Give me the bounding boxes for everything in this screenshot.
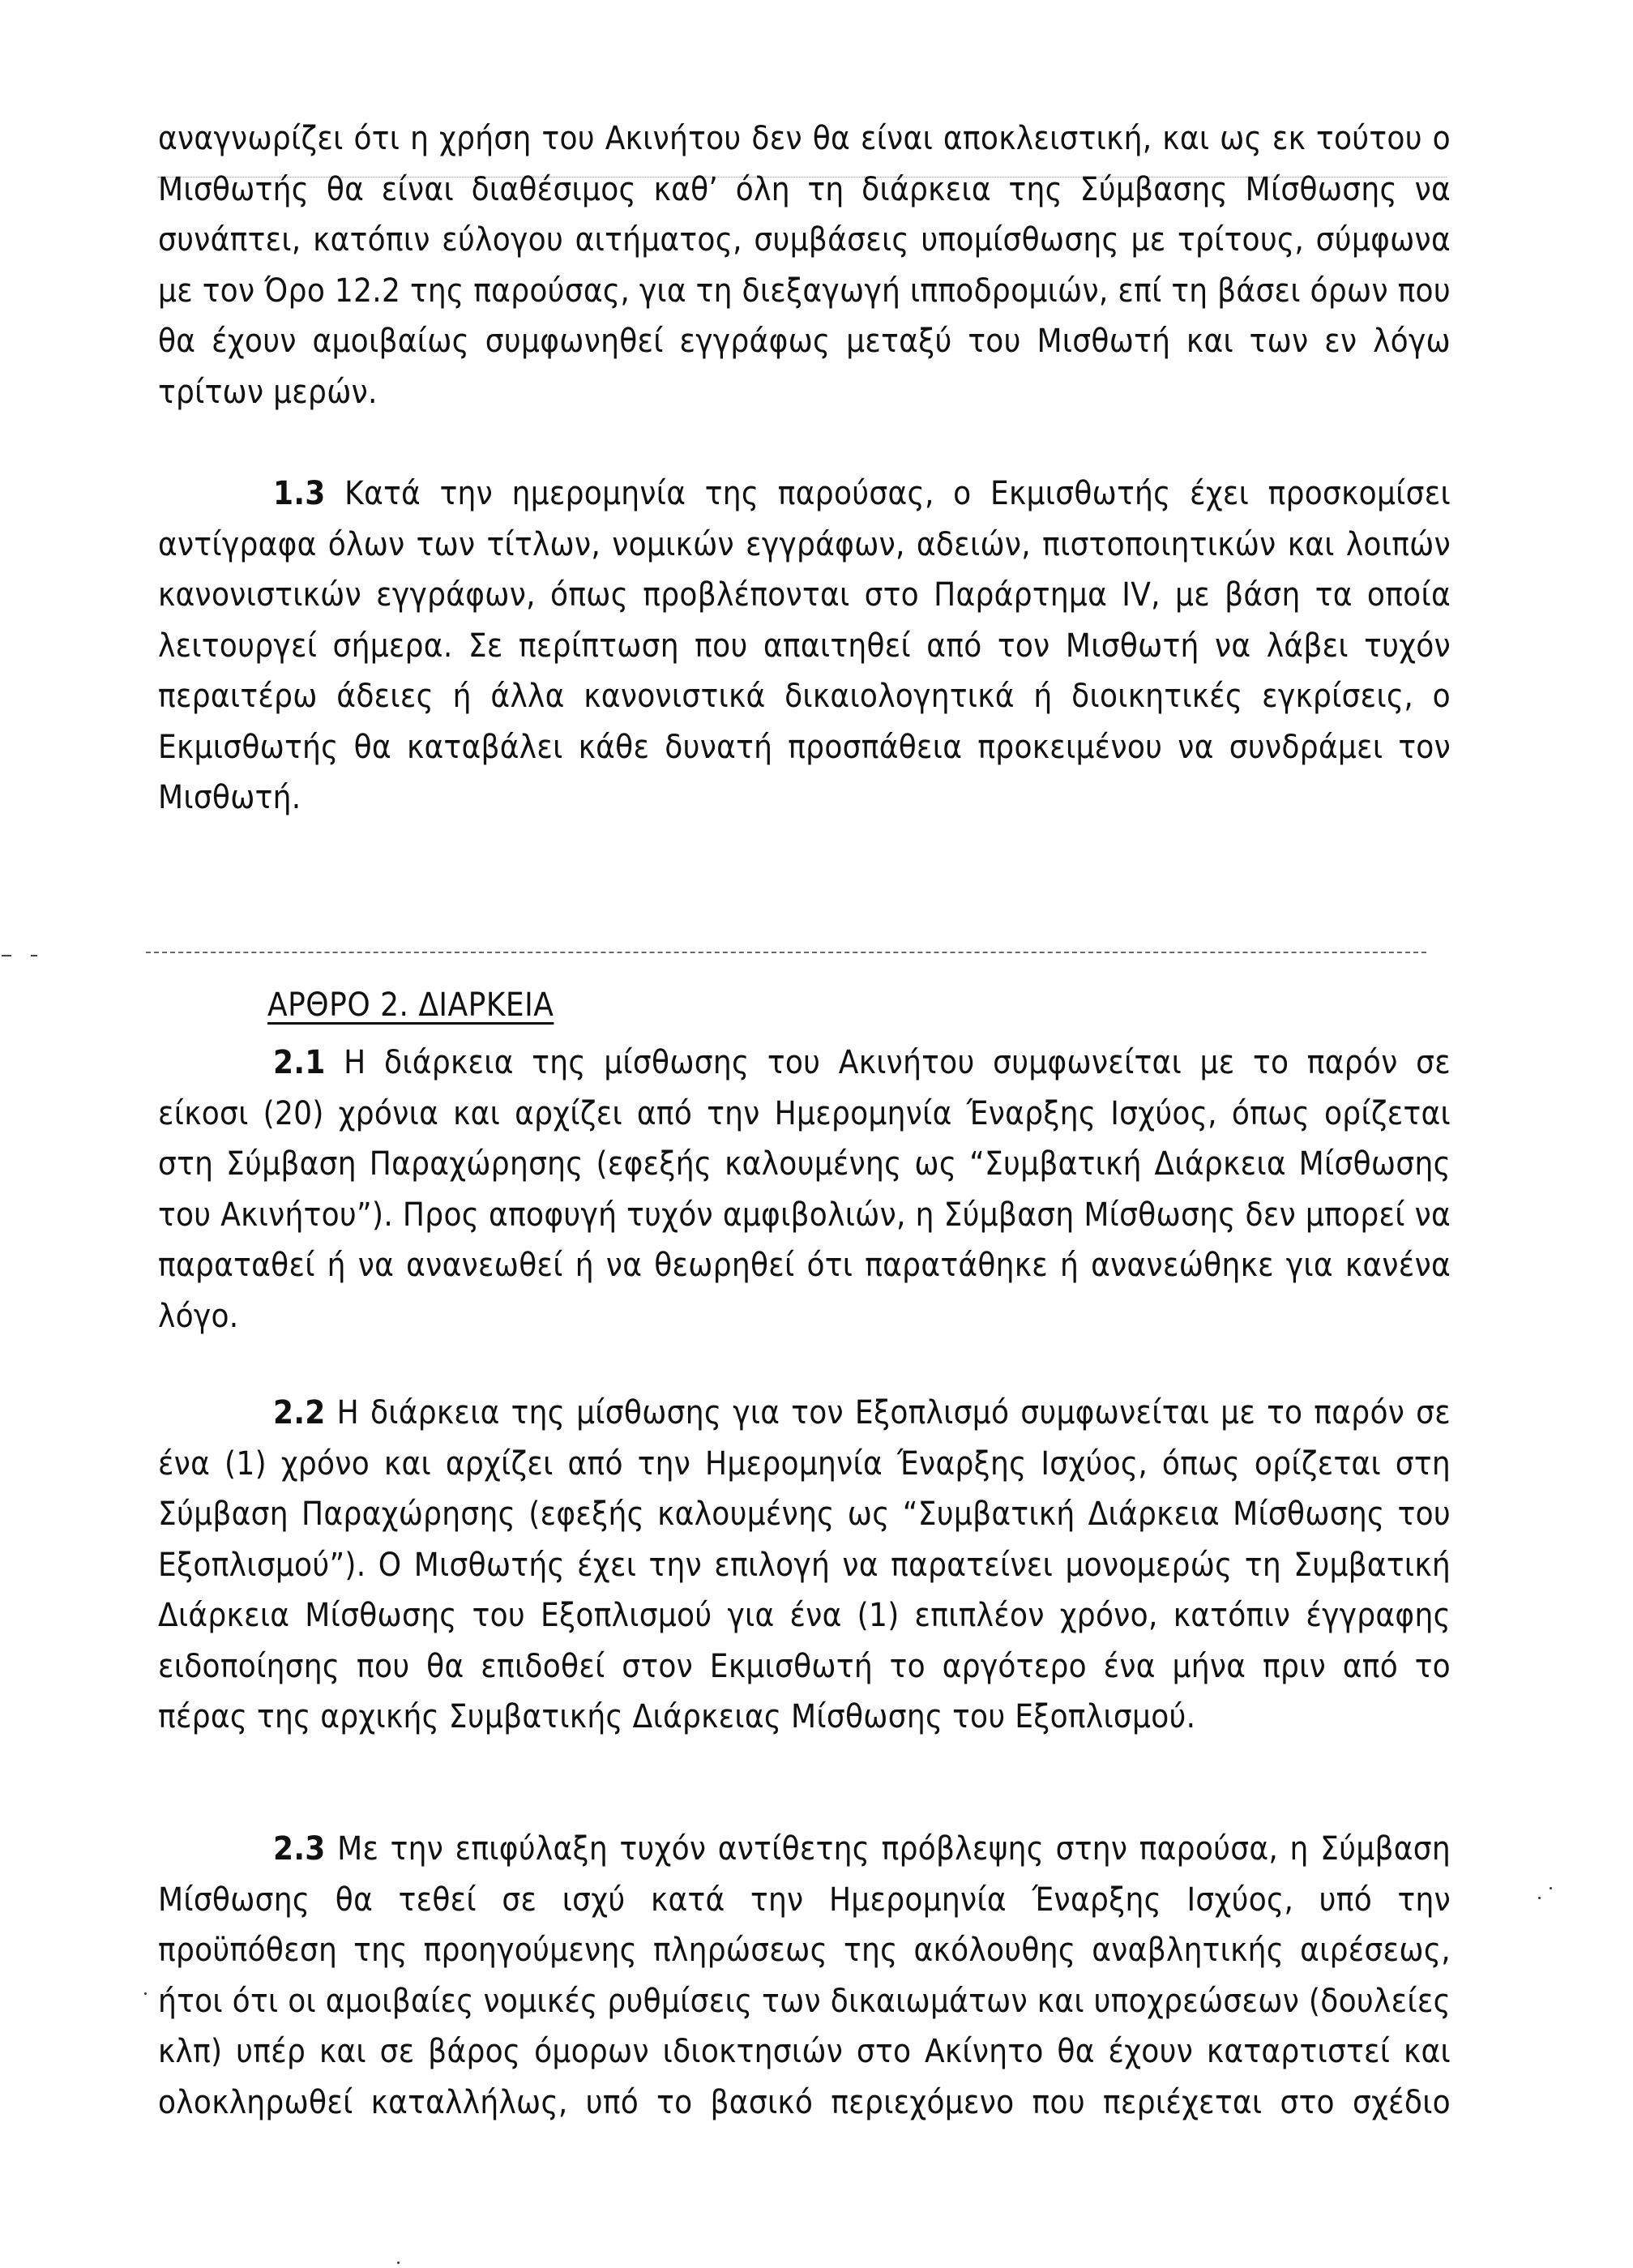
scanned-document-page: αναγνωρίζει ότι η χρήση του Ακινήτου δεν… <box>0 0 1633 2268</box>
paragraph-body: 2.3 Με την επιφύλαξη τυχόν αντίθετης πρό… <box>158 1824 1451 2128</box>
paragraph-2-3: 2.3 Με την επιφύλαξη τυχόν αντίθετης πρό… <box>158 1824 1451 2128</box>
scan-speck <box>1550 1887 1552 1889</box>
paragraph-body: 2.2 Η διάρκεια της μίσθωσης για τον Εξοπ… <box>158 1388 1451 1743</box>
scan-speck <box>397 2262 400 2264</box>
margin-mark <box>2 955 11 956</box>
paragraph-text: Κατά την ημερομηνία της παρούσας, ο Εκμι… <box>158 475 1451 816</box>
paragraph-2-1: 2.1 Η διάρκεια της μίσθωσης του Ακινήτου… <box>158 1038 1451 1342</box>
clause-number: 2.2 <box>273 1394 326 1431</box>
clause-number: 1.3 <box>273 475 326 512</box>
clause-number: 2.3 <box>273 1830 326 1868</box>
paragraph-body: 2.1 Η διάρκεια της μίσθωσης του Ακινήτου… <box>158 1038 1451 1342</box>
scan-speck <box>144 1992 147 1995</box>
paragraph-text: Με την επιφύλαξη τυχόν αντίθετης πρόβλεψ… <box>158 1830 1451 2121</box>
article-heading: ΑΡΘΡΟ 2. ΔΙΑΡΚΕΙΑ <box>267 985 554 1025</box>
paragraph-1-3: 1.3 Κατά την ημερομηνία της παρούσας, ο … <box>158 469 1451 824</box>
clause-number: 2.1 <box>273 1044 326 1081</box>
margin-mark <box>31 955 37 956</box>
paragraph-body: 1.3 Κατά την ημερομηνία της παρούσας, ο … <box>158 469 1451 824</box>
paragraph-text: αναγνωρίζει ότι η χρήση του Ακινήτου δεν… <box>158 113 1451 417</box>
paragraph-2-2: 2.2 Η διάρκεια της μίσθωσης για τον Εξοπ… <box>158 1388 1451 1743</box>
paragraph-text: Η διάρκεια της μίσθωσης για τον Εξοπλισμ… <box>158 1394 1451 1735</box>
section-separator-line <box>146 952 1426 953</box>
paragraph-continuation: αναγνωρίζει ότι η χρήση του Ακινήτου δεν… <box>158 113 1451 417</box>
paragraph-text: Η διάρκεια της μίσθωσης του Ακινήτου συμ… <box>158 1044 1451 1335</box>
scan-speck <box>1538 1897 1541 1899</box>
